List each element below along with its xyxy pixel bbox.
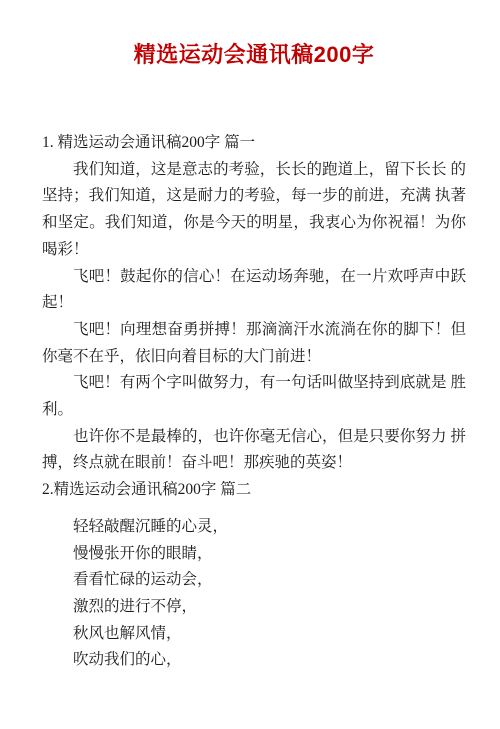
document-title: 精选运动会通讯稿200字 xyxy=(42,40,466,70)
section-2: 2.精选运动会通讯稿200字 篇二 轻轻敲醒沉睡的心灵， 慢慢张开你的眼睛， 看… xyxy=(42,477,466,674)
document-page: 精选运动会通讯稿200字 1. 精选运动会通讯稿200字 篇一 我们知道，这是意… xyxy=(0,0,500,729)
verse-line-3: 看看忙碌的运动会， xyxy=(42,567,466,594)
section-1-heading: 1. 精选运动会通讯稿200字 篇一 xyxy=(42,130,466,157)
verse-line-4: 激烈的进行不停， xyxy=(42,594,466,621)
section-1-paragraph-1: 我们知道，这是意志的考验，长长的跑道上，留下长长 的坚持；我们知道，这是耐力的考… xyxy=(42,157,466,264)
verse-line-1: 轻轻敲醒沉睡的心灵， xyxy=(42,514,466,541)
verse-line-6: 吹动我们的心， xyxy=(42,647,466,674)
section-1-paragraph-2: 飞吧！鼓起你的信心！在运动场奔驰，在一片欢呼声中跃起！ xyxy=(42,264,466,317)
section-2-heading: 2.精选运动会通讯稿200字 篇二 xyxy=(42,477,466,504)
section-1-paragraph-5: 也许你不是最棒的，也许你毫无信心，但是只要你努力 拼搏，终点就在眼前！奋斗吧！那… xyxy=(42,424,466,477)
section-1-paragraph-3: 飞吧！向理想奋勇拼搏！那滴滴汗水流淌在你的脚下！但你毫不在乎，依旧向着目标的大门… xyxy=(42,317,466,370)
verse-line-5: 秋风也解风情， xyxy=(42,621,466,648)
section-1: 1. 精选运动会通讯稿200字 篇一 我们知道，这是意志的考验，长长的跑道上，留… xyxy=(42,130,466,477)
section-1-paragraph-4: 飞吧！有两个字叫做努力，有一句话叫做坚持到底就是 胜利。 xyxy=(42,370,466,423)
verse-line-2: 慢慢张开你的眼睛， xyxy=(42,541,466,568)
section-2-verse: 轻轻敲醒沉睡的心灵， 慢慢张开你的眼睛， 看看忙碌的运动会， 激烈的进行不停， … xyxy=(42,514,466,674)
